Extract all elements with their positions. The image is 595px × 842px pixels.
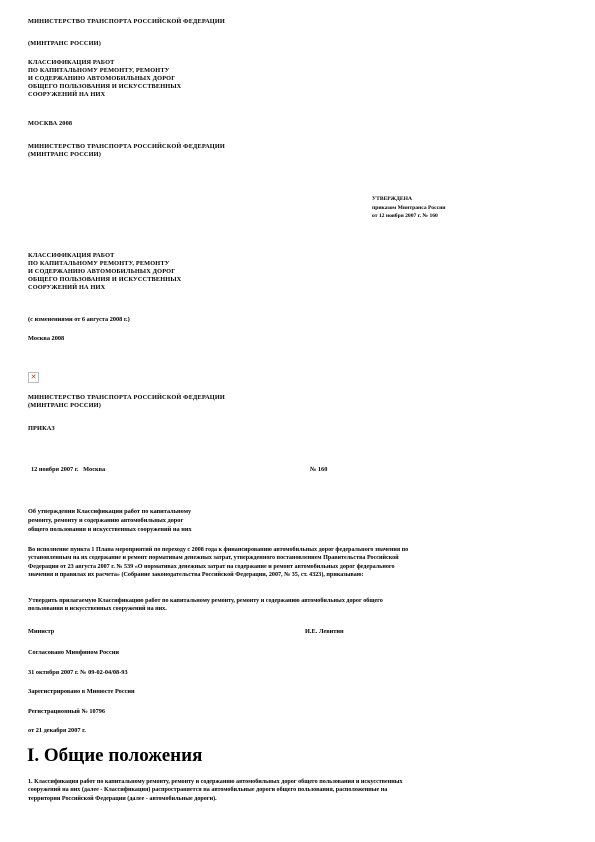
agreed-label: Согласовано Минфином России (28, 649, 119, 657)
order-approve: Утвердить прилагаемую Классификацию рабо… (28, 597, 593, 614)
title-line: КЛАССИФИКАЦИЯ РАБОТ (28, 252, 181, 260)
amendment-note: (с изменениями от 6 августа 2008 г.) (28, 316, 130, 324)
title-line: СООРУЖЕНИЙ НА НИХ (28, 284, 181, 292)
approval-line: от 12 ноября 2007 г. № 160 (372, 212, 446, 221)
x-glyph: ✕ (31, 374, 37, 381)
city-year: Москва 2008 (28, 335, 64, 343)
title-line: ПО КАПИТАЛЬНОМУ РЕМОНТУ, РЕМОНТУ (28, 260, 181, 268)
title-line: И СОДЕРЖАНИЮ АВТОМОБИЛЬНЫХ ДОРОГ (28, 268, 181, 276)
header2: МИНИСТЕРСТВО ТРАНСПОРТА РОССИЙСКОЙ ФЕДЕР… (28, 143, 225, 159)
title-line: ОБЩЕГО ПОЛЬЗОВАНИЯ И ИСКУССТВЕННЫХ (28, 276, 181, 284)
subject-line: Об утверждении Классификации работ по ка… (28, 507, 192, 516)
approve-line: пользования и искусственных сооружений н… (28, 605, 593, 613)
body-line: Федерации от 23 августа 2007 г. № 539 «О… (28, 563, 593, 571)
order-number: № 160 (310, 466, 327, 474)
cover-title-line: ПО КАПИТАЛЬНОМУ РЕМОНТУ, РЕМОНТУ (28, 67, 181, 75)
body-line: значения и правилах их расчета» (Собрани… (28, 571, 593, 579)
approve-line: Утвердить прилагаемую Классификацию рабо… (28, 597, 593, 605)
section1-paragraph: 1. Классификация работ по капитальному р… (28, 778, 593, 803)
order-ministry-short: (МИНТРАНС РОССИИ) (28, 402, 225, 410)
registration-date: от 21 декабря 2007 г. (28, 727, 86, 735)
registered-label: Зарегистрировано в Минюсте России (28, 688, 135, 696)
order-subject: Об утверждении Классификации работ по ка… (28, 507, 192, 534)
agreed-ref: 31 октября 2007 г. № 09-02-04/08-93 (28, 669, 128, 677)
broken-image-icon: ✕ (28, 372, 39, 383)
signer-title: Министр (28, 628, 54, 636)
cover-city-year: МОСКВА 2008 (28, 120, 72, 128)
header2-ministry: МИНИСТЕРСТВО ТРАНСПОРТА РОССИЙСКОЙ ФЕДЕР… (28, 143, 225, 151)
order-ministry: МИНИСТЕРСТВО ТРАНСПОРТА РОССИЙСКОЙ ФЕДЕР… (28, 394, 225, 402)
order-date-place: 12 ноября 2007 г. Москва (31, 466, 105, 474)
body-line: Во исполнение пункта 1 Плана мероприятий… (28, 546, 593, 554)
para-line: сооружений на них (далее - Классификация… (28, 786, 593, 794)
cover-title-line: И СОДЕРЖАНИЮ АВТОМОБИЛЬНЫХ ДОРОГ (28, 75, 181, 83)
order-body: Во исполнение пункта 1 Плана мероприятий… (28, 546, 593, 579)
para-line: 1. Классификация работ по капитальному р… (28, 778, 593, 786)
order-label: ПРИКАЗ (28, 425, 55, 433)
approval-line: УТВЕРЖДЕНА (372, 195, 446, 204)
header2-ministry-short: (МИНТРАНС РОССИИ) (28, 151, 225, 159)
approval-stamp: УТВЕРЖДЕНА приказом Минтранса России от … (372, 195, 446, 221)
order-header: МИНИСТЕРСТВО ТРАНСПОРТА РОССИЙСКОЙ ФЕДЕР… (28, 394, 225, 410)
cover-ministry-short: (МИНТРАНС РОССИИ) (28, 40, 101, 48)
body-line: установленным на их содержание и ремонт … (28, 554, 593, 562)
registration-number: Регистрационный № 10796 (28, 708, 105, 716)
cover-title-line: ОБЩЕГО ПОЛЬЗОВАНИЯ И ИСКУССТВЕННЫХ (28, 83, 181, 91)
subject-line: ремонту, ремонту и содержанию автомобиль… (28, 516, 192, 525)
cover-title-line: КЛАССИФИКАЦИЯ РАБОТ (28, 59, 181, 67)
approval-line: приказом Минтранса России (372, 204, 446, 213)
section-heading: I. Общие положения (27, 745, 202, 767)
cover-title-line: СООРУЖЕНИЙ НА НИХ (28, 91, 181, 99)
para-line: территории Российской Федерации (далее -… (28, 795, 593, 803)
cover-title: КЛАССИФИКАЦИЯ РАБОТ ПО КАПИТАЛЬНОМУ РЕМО… (28, 59, 181, 99)
cover-ministry: МИНИСТЕРСТВО ТРАНСПОРТА РОССИЙСКОЙ ФЕДЕР… (28, 18, 225, 26)
subject-line: общего пользования и искусственных соору… (28, 525, 192, 534)
signer-name: И.Е. Левитин (305, 628, 344, 636)
document-title: КЛАССИФИКАЦИЯ РАБОТ ПО КАПИТАЛЬНОМУ РЕМО… (28, 252, 181, 292)
